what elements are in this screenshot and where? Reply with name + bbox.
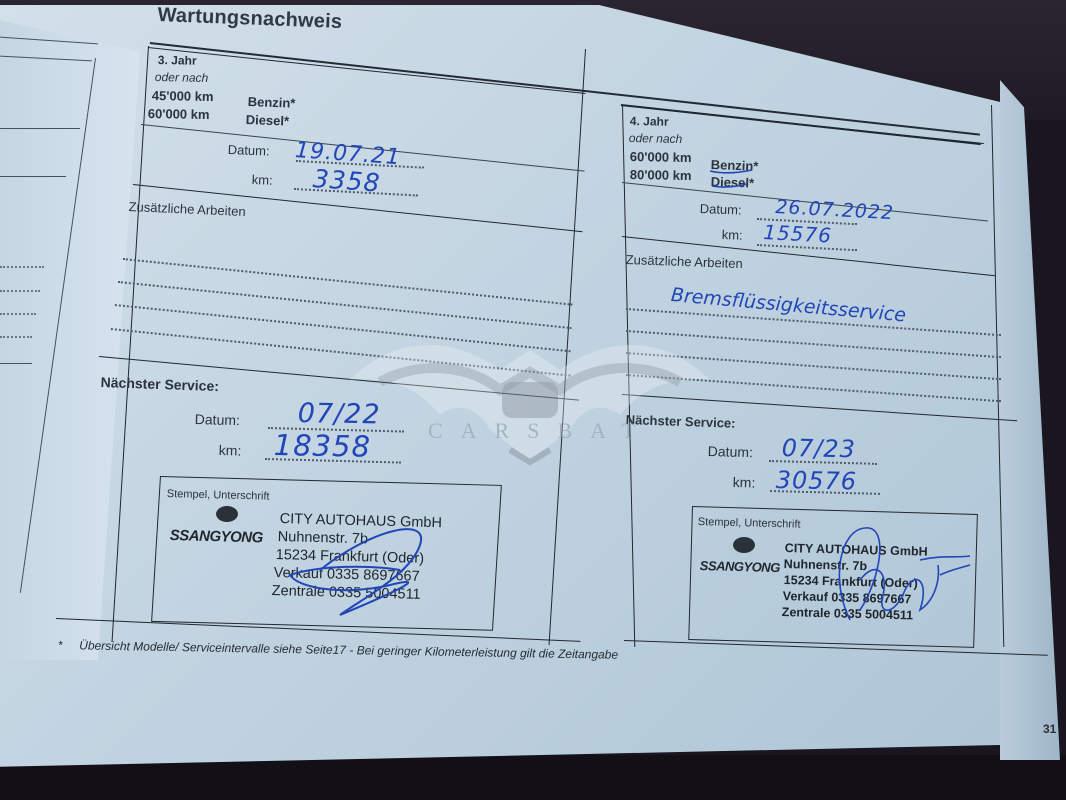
km-label: km: xyxy=(251,172,272,188)
date-label: Datum: xyxy=(227,142,269,158)
date-label: Datum: xyxy=(699,201,741,217)
km-field[interactable]: 3358 xyxy=(312,164,381,198)
next-date-field[interactable]: 07/23 xyxy=(782,434,857,463)
km-diesel-interval: 60'000 km xyxy=(148,106,210,122)
next-km-label: km: xyxy=(219,442,242,459)
brand-name: SSANGYONG xyxy=(700,558,780,575)
left-page-dotted-line xyxy=(0,266,44,268)
next-date-field[interactable]: 07/22 xyxy=(297,398,380,430)
left-page-dotted-line xyxy=(0,313,36,315)
left-page-rule xyxy=(0,128,80,129)
left-page-dotted-line xyxy=(0,336,32,338)
km-petrol-interval: 45'000 km xyxy=(152,88,214,104)
left-page-rule xyxy=(0,176,66,177)
page-number: 31 xyxy=(1043,722,1056,736)
fuel-diesel-label: Diesel* xyxy=(245,112,289,129)
next-km-field[interactable]: 18358 xyxy=(273,428,371,464)
year-label: 3. Jahr xyxy=(158,53,197,68)
or-after-label: oder nach xyxy=(155,70,209,85)
footnote-marker: * xyxy=(58,638,63,652)
left-page-rule xyxy=(0,363,32,364)
signature-icon xyxy=(280,520,480,620)
brand-name: SSANGYONG xyxy=(170,527,263,546)
next-km-label: km: xyxy=(733,474,756,491)
ssangyong-logo-icon xyxy=(733,537,755,553)
fuel-selection-mark-icon xyxy=(708,168,758,192)
left-page-dotted-line xyxy=(0,290,40,292)
year-label: 4. Jahr xyxy=(630,114,669,129)
km-petrol-interval: 60'000 km xyxy=(630,149,692,165)
next-km-field[interactable]: 30576 xyxy=(776,466,858,495)
km-diesel-interval: 80'000 km xyxy=(630,167,692,183)
km-field[interactable]: 15576 xyxy=(763,220,833,248)
fuel-petrol-label: Benzin* xyxy=(247,94,295,111)
signature-icon xyxy=(820,520,980,640)
service-booklet: Wartungsnachweis 3. Jahr oder nach 45'00… xyxy=(0,0,1066,800)
next-date-label: Datum: xyxy=(195,411,241,428)
or-after-label: oder nach xyxy=(629,131,683,146)
ssangyong-logo-icon xyxy=(216,506,238,522)
km-label: km: xyxy=(721,227,742,243)
next-date-label: Datum: xyxy=(708,443,754,460)
